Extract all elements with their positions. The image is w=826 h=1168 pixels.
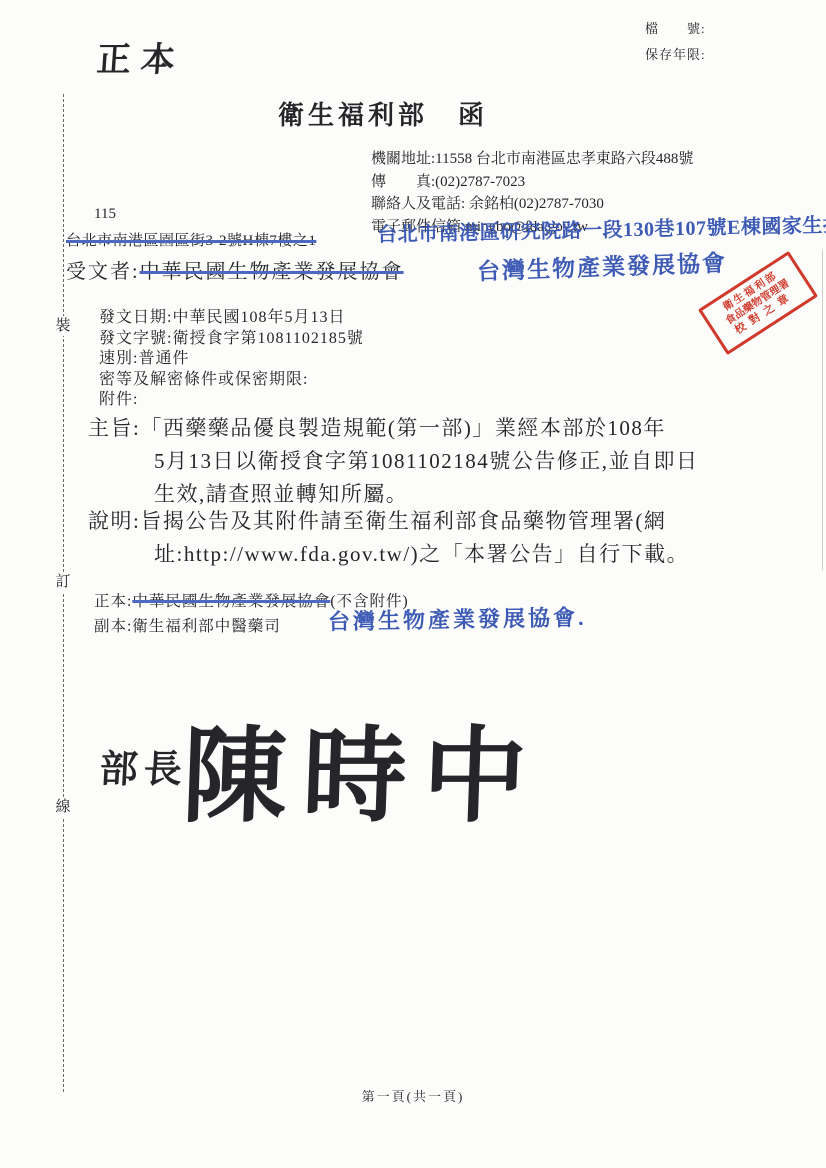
handwritten-cc-name: 台灣生物產業發展協會. [328,601,587,637]
security-class: 密等及解密條件或保密期限: [99,370,364,391]
binding-char-zhuang: 裝 [51,316,75,336]
agency-address: 機關地址:11558 台北市南港區忠孝東路六段488號 [371,148,693,171]
subject-block: 主旨:「西藥藥品優良製造規範(第一部)」業經本部於108年 5月13日以衛授食字… [88,412,698,511]
agency-fax: 傳 真:(02)2787-7023 [371,171,693,194]
original-struck-name: 中華民國生物產業發展協會 [132,593,330,610]
description-block: 說明:旨揭公告及其附件請至衛生福利部食品藥物管理署(網 址:http://www… [88,505,689,571]
binding-char-xian: 線 [51,797,75,817]
handwritten-recipient-name: 台灣生物產業發展協會 [477,245,728,287]
retention-period-label: 保存年限: [645,42,706,68]
minister-title: 部長 [99,738,190,793]
copy-type-label: 正本 [95,32,186,81]
file-number-label: 檔 號: [645,16,706,42]
dispatch-date: 發文日期:中華民國108年5月13日 [99,308,364,329]
document-title: 衛生福利部 函 [0,95,766,132]
binding-dashed-line [63,94,64,1092]
description-line-1: 說明:旨揭公告及其附件請至衛生福利部食品藥物管理署(網 [88,505,689,538]
old-address-text: 台北市南港區園區街3-2號H棟7樓之1 [66,233,316,249]
speed-class: 速別:普通件 [99,349,364,370]
attachment-label: 附件: [99,390,364,411]
binding-char-ding: 訂 [51,572,75,592]
old-address-struck: 台北市南港區園區街3-2號H棟7樓之1 [66,229,316,250]
subject-line-1: 主旨:「西藥藥品優良製造規範(第一部)」業經本部於108年 [88,412,698,445]
postal-code: 115 [94,206,116,223]
minister-signature: 陳時中 [180,692,545,842]
page-number-footer: 第一頁(共一頁) [0,1086,826,1105]
scan-artifact-line [822,250,823,570]
original-label: 正本: [94,593,132,610]
file-info-block: 檔 號: 保存年限: [645,16,706,68]
recipient-old-name: 中華民國生物產業發展協會 [140,261,404,283]
dispatch-meta-block: 發文日期:中華民國108年5月13日 發文字號:衛授食字第1081102185號… [99,308,364,411]
scanned-official-letter: 正本 檔 號: 保存年限: 衛生福利部 函 機關地址:11558 台北市南港區忠… [0,0,826,1168]
dispatch-number: 發文字號:衛授食字第1081102185號 [99,329,364,350]
recipient-line: 受文者:中華民國生物產業發展協會 [66,255,404,284]
recipient-label: 受文者: [66,261,140,283]
subject-line-2: 5月13日以衛授食字第1081102184號公告修正,並自即日 [88,445,698,478]
description-line-2: 址:http://www.fda.gov.tw/)之「本署公告」自行下載。 [88,538,689,571]
